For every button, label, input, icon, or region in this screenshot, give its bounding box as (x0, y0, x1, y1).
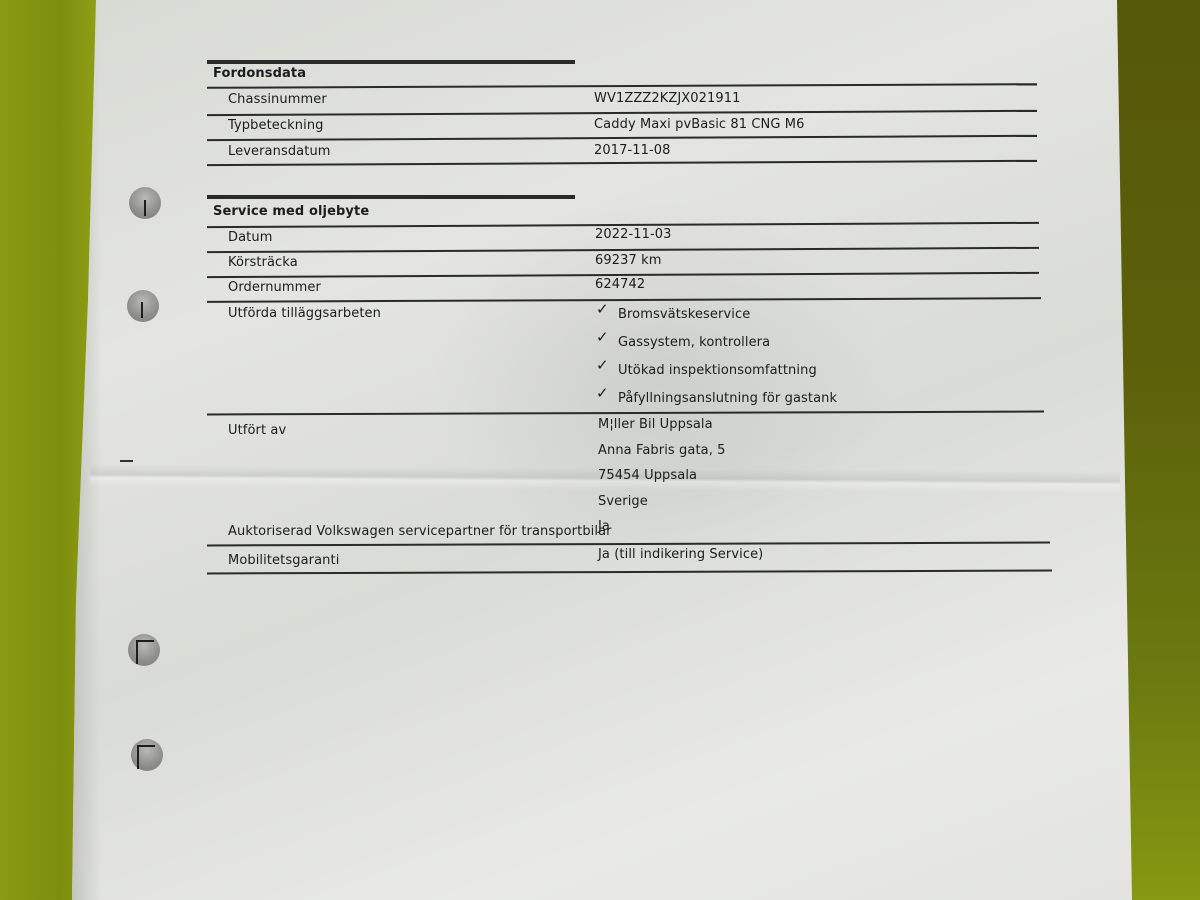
label-mobility-guarantee: Mobilitetsgaranti (228, 553, 339, 568)
workshop-postal-city: 75454 Uppsala (598, 468, 697, 483)
workshop-country: Sverige (598, 494, 648, 509)
check-icon: ✓ (596, 328, 609, 346)
label-mileage: Körsträcka (228, 255, 298, 270)
label-delivery-date: Leveransdatum (228, 144, 331, 159)
service-document: Fordonsdata Chassinummer WV1ZZZ2KZJX0219… (0, 0, 1200, 900)
extra-work-item: Gassystem, kontrollera (618, 335, 770, 350)
label-type-designation: Typbeteckning (228, 118, 324, 133)
check-icon: ✓ (596, 384, 609, 402)
section-heading-service: Service med oljebyte (213, 204, 369, 219)
value-mileage: 69237 km (595, 253, 661, 268)
row-divider (207, 570, 1052, 574)
value-chassis-number: WV1ZZZ2KZJX021911 (594, 91, 741, 106)
section-heading-vehicle: Fordonsdata (213, 66, 306, 81)
section-rule (207, 60, 575, 64)
row-divider (207, 297, 1041, 302)
label-date: Datum (228, 230, 272, 245)
row-divider (207, 411, 1044, 415)
label-extra-work: Utförda tilläggsarbeten (228, 306, 381, 321)
section-rule (207, 195, 575, 199)
extra-work-item: Utökad inspektionsomfattning (618, 363, 817, 378)
label-performed-by: Utfört av (228, 423, 286, 438)
value-authorized-partner: Ja (598, 519, 610, 534)
row-divider (207, 110, 1037, 116)
label-authorized-partner: Auktoriserad Volkswagen servicepartner f… (228, 524, 612, 539)
check-icon: ✓ (596, 300, 609, 318)
value-mobility-guarantee: Ja (till indikering Service) (598, 547, 763, 562)
workshop-street: Anna Fabris gata, 5 (598, 443, 726, 458)
row-divider (207, 247, 1039, 253)
value-order-number: 624742 (595, 277, 645, 292)
value-delivery-date: 2017-11-08 (594, 143, 671, 158)
label-order-number: Ordernummer (228, 280, 321, 295)
extra-work-item: Påfyllningsanslutning för gastank (618, 391, 837, 406)
row-divider (207, 160, 1037, 166)
check-icon: ✓ (596, 356, 609, 374)
workshop-name: M¦ller Bil Uppsala (598, 417, 713, 432)
label-chassis-number: Chassinummer (228, 92, 327, 107)
value-date: 2022-11-03 (595, 227, 672, 242)
value-type-designation: Caddy Maxi pvBasic 81 CNG M6 (594, 117, 804, 132)
row-divider (207, 542, 1050, 546)
row-divider (207, 135, 1037, 141)
row-divider (207, 83, 1037, 88)
extra-work-item: Bromsvätskeservice (618, 307, 750, 322)
